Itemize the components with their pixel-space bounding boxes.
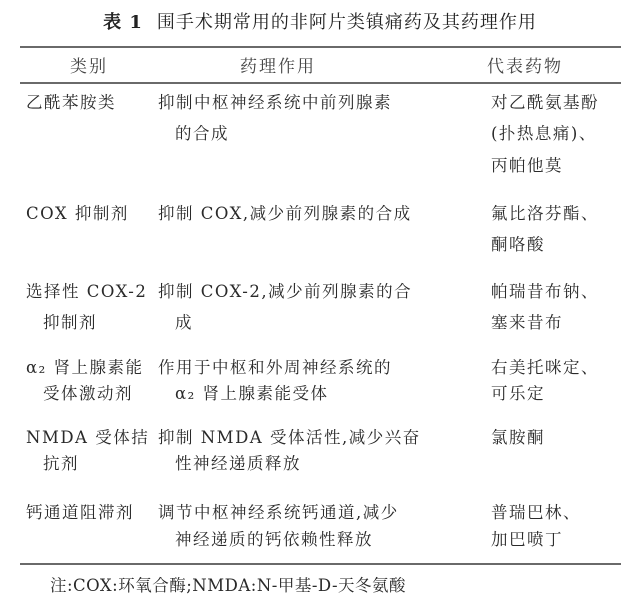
- row-drugs: 塞来昔布: [491, 307, 563, 338]
- row-drugs: 对乙酰氨基酚: [491, 87, 599, 118]
- row-drugs: 丙帕他莫: [491, 150, 563, 181]
- header-category: 类别: [70, 52, 108, 77]
- row-drugs: 帕瑞昔布钠、: [491, 276, 599, 307]
- row-category: 选择性 COX-2: [26, 276, 147, 307]
- row-action: 神经递质的钙依赖性释放: [158, 524, 373, 555]
- row-action: 成: [158, 307, 193, 338]
- row-category: COX 抑制剂: [26, 198, 129, 229]
- row-action: 抑制 COX,减少前列腺素的合成: [158, 198, 412, 229]
- row-category: 抑制剂: [26, 307, 97, 338]
- row-action: 抑制中枢神经系统中前列腺素: [158, 87, 392, 118]
- row-action: 抑制 COX-2,减少前列腺素的合: [158, 276, 412, 307]
- row-action: 的合成: [158, 118, 229, 149]
- header-action: 药理作用: [240, 52, 316, 77]
- row-drugs: 氟比洛芬酯、: [491, 198, 599, 229]
- top-rule: [20, 46, 621, 48]
- bottom-rule: [20, 563, 621, 565]
- row-category: 钙通道阻滞剂: [26, 497, 134, 528]
- header-rule: [20, 82, 621, 84]
- table-label: 表 1: [103, 12, 143, 33]
- row-drugs: 加巴喷丁: [491, 524, 563, 555]
- row-drugs: (扑热息痛)、: [491, 118, 597, 149]
- row-drugs: 可乐定: [491, 378, 545, 409]
- header-drugs: 代表药物: [487, 52, 563, 77]
- row-category: 乙酰苯胺类: [26, 87, 116, 118]
- table-footnote: 注:COX:环氧合酶;NMDA:N-甲基-D-天冬氨酸: [50, 572, 406, 596]
- row-drugs: 酮咯酸: [491, 229, 545, 260]
- row-drugs: 氯胺酮: [491, 422, 545, 453]
- table-title: 表 1围手术期常用的非阿片类镇痛药及其药理作用: [0, 8, 640, 34]
- row-category: 受体激动剂: [26, 378, 133, 409]
- row-action: α₂ 肾上腺素能受体: [158, 378, 329, 409]
- table-title-text: 围手术期常用的非阿片类镇痛药及其药理作用: [157, 12, 537, 33]
- row-action: 性神经递质释放: [158, 448, 301, 479]
- row-category: 抗剂: [26, 448, 79, 479]
